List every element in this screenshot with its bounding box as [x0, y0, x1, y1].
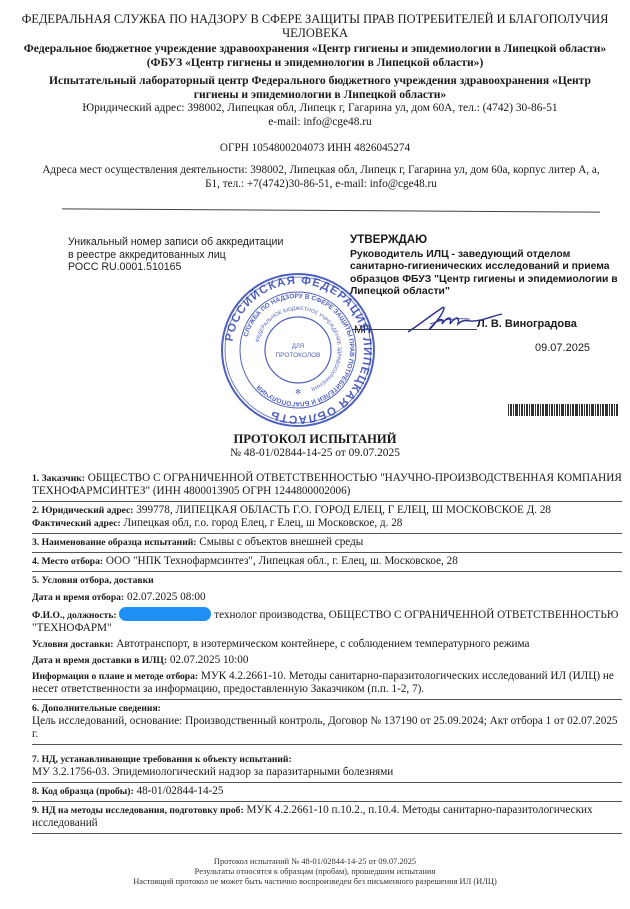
- footer-line2: Результаты относятся к образцам (пробам)…: [60, 867, 570, 877]
- svg-text:ПРОТОКОЛОВ: ПРОТОКОЛОВ: [275, 352, 320, 359]
- legal-address-text: Юридический адрес: 398002, Липецкая обл,…: [40, 102, 600, 116]
- section-conditions: 5. Условия отбора, доставки Дата и время…: [32, 572, 622, 700]
- sampling-place-label: 4. Место отбора:: [32, 556, 103, 567]
- additional-label: 6. Дополнительные сведения:: [32, 702, 622, 715]
- legal-address: Юридический адрес: 398002, Липецкая обл,…: [40, 102, 600, 129]
- delivery-time-label: Дата и время доставки в ИЛЦ:: [32, 655, 167, 666]
- protocol-number: № 48-01/02844-14-25 от 09.07.2025: [150, 447, 480, 459]
- svg-text:ДЛЯ: ДЛЯ: [292, 344, 304, 350]
- actual-address-label: Фактический адрес:: [32, 518, 121, 529]
- delivery-label: Условия доставки:: [32, 639, 113, 650]
- header-divider: [62, 208, 600, 212]
- approval-position: Руководитель ИЛЦ - заведующий отделом са…: [350, 249, 620, 299]
- accreditation-line1: Уникальный номер записи об аккредитации: [68, 236, 283, 249]
- redacted-name: [119, 607, 211, 621]
- footer-line1: Протокол испытаний № 48-01/02844-14-25 о…: [60, 857, 570, 867]
- protocol-title: ПРОТОКОЛ ИСПЫТАНИЙ: [150, 432, 480, 447]
- stamp-icon: РОССИЙСКАЯ ФЕДЕРАЦИЯ ЛИПЕЦКАЯ ОБЛАСТЬ СЛ…: [218, 270, 378, 430]
- email-text: e-mail: info@cge48.ru: [40, 116, 600, 130]
- section-sample-name: 3. Наименование образца испытаний: Смывы…: [32, 534, 622, 553]
- footer-line3: Настоящий протокол не может быть частичн…: [60, 877, 570, 887]
- sampling-place-value: ООО "НПК Технофармсинтез", Липецкая обл.…: [106, 555, 458, 567]
- requirements-value: МУ 3.2.1756-03. Эпидемиологический надзо…: [32, 766, 622, 779]
- accreditation-line2: в реестре аккредитованных лиц: [68, 249, 283, 262]
- institution-name: Федеральное бюджетное учреждение здравоо…: [10, 42, 620, 69]
- section-customer: 1. Заказчик: ОБЩЕСТВО С ОГРАНИЧЕННОЙ ОТВ…: [32, 470, 622, 502]
- section-sample-code: 8. Код образца (пробы): 48-01/02844-14-2…: [32, 783, 622, 802]
- requirements-label: 7. НД, устанавливающие требования к объе…: [32, 753, 622, 766]
- section-requirements: 7. НД, устанавливающие требования к объе…: [32, 751, 622, 783]
- sample-name-value: Смывы с объектов внешней среды: [199, 536, 363, 548]
- sampling-time-value: 02.07.2025 08:00: [127, 591, 206, 603]
- barcode-icon: [508, 404, 618, 416]
- approval-title: УТВЕРЖДАЮ: [350, 234, 620, 247]
- activity-address: Адреса мест осуществления деятельности: …: [36, 164, 606, 191]
- sample-code-label: 8. Код образца (пробы):: [32, 786, 134, 797]
- legal-address-label: 2. Юридический адрес:: [32, 505, 133, 516]
- actual-address-value: Липецкая обл, г.о. город Елец, г Елец, ш…: [123, 517, 402, 529]
- page-footer: Протокол испытаний № 48-01/02844-14-25 о…: [60, 857, 570, 887]
- sampling-time-label: Дата и время отбора:: [32, 592, 124, 603]
- plan-label: Информация о плане и методе отбора:: [32, 671, 198, 682]
- section-address: 2. Юридический адрес: 399778, ЛИПЕЦКАЯ О…: [32, 502, 622, 534]
- section-sampling-place: 4. Место отбора: ООО "НПК Технофармсинте…: [32, 553, 622, 572]
- section-methods: 9. НД на методы исследования, подготовку…: [32, 802, 622, 834]
- lab-name: Испытательный лабораторный центр Федерал…: [30, 74, 610, 101]
- protocol-sections: 1. Заказчик: ОБЩЕСТВО С ОГРАНИЧЕННОЙ ОТВ…: [32, 470, 622, 834]
- approval-block: УТВЕРЖДАЮ Руководитель ИЛЦ - заведующий …: [350, 234, 620, 299]
- svg-text:✻: ✻: [295, 388, 301, 396]
- ogrn-inn: ОГРН 1054800204073 ИНН 4826045274: [10, 142, 620, 154]
- customer-label: 1. Заказчик:: [32, 473, 85, 484]
- accreditation-block: Уникальный номер записи об аккредитации …: [68, 236, 283, 274]
- agency-name: ФЕДЕРАЛЬНАЯ СЛУЖБА ПО НАДЗОРУ В СФЕРЕ ЗА…: [10, 12, 620, 40]
- sample-code-value: 48-01/02844-14-25: [136, 785, 223, 797]
- delivery-value: Автотранспорт, в изотермическом контейне…: [116, 638, 529, 650]
- signature-icon: [400, 302, 540, 336]
- additional-value: Цель исследований, основание: Производст…: [32, 715, 622, 741]
- sample-name-label: 3. Наименование образца испытаний:: [32, 537, 196, 548]
- conditions-label: 5. Условия отбора, доставки: [32, 574, 622, 587]
- methods-label: 9. НД на методы исследования, подготовку…: [32, 805, 244, 816]
- person-label: Ф.И.О., должность:: [32, 610, 117, 621]
- approval-date: 09.07.2025: [535, 342, 590, 354]
- section-additional: 6. Дополнительные сведения: Цель исследо…: [32, 700, 622, 745]
- legal-address-value: 399778, ЛИПЕЦКАЯ ОБЛАСТЬ Г.О. ГОРОД ЕЛЕЦ…: [136, 504, 551, 516]
- delivery-time-value: 02.07.2025 10:00: [170, 654, 249, 666]
- customer-value: ОБЩЕСТВО С ОГРАНИЧЕННОЙ ОТВЕТСТВЕННОСТЬЮ…: [32, 472, 622, 497]
